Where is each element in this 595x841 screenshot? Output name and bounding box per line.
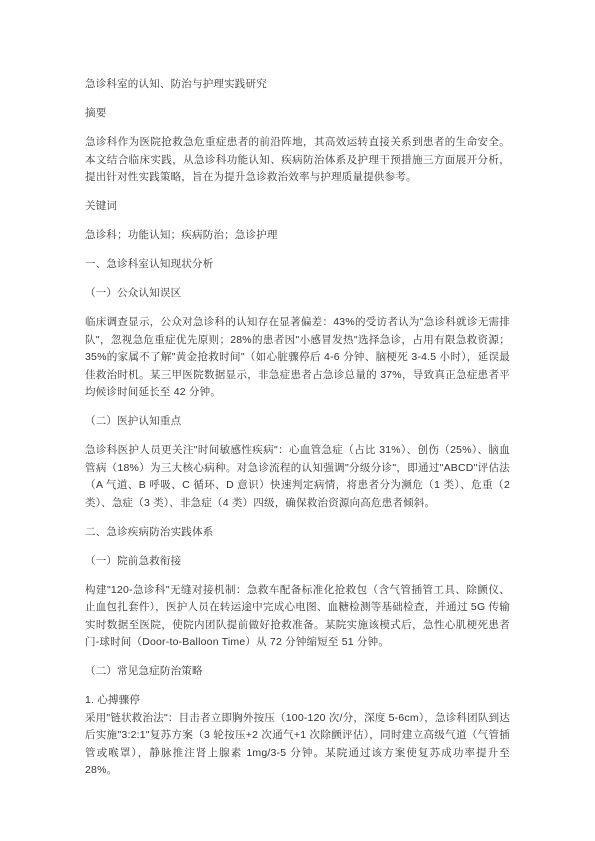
keywords-heading: 关键词: [85, 198, 510, 216]
document-page: 急诊科室的认知、防治与护理实践研究 摘要 急诊科作为医院抢救急危重症患者的前沿阵…: [0, 0, 595, 841]
section-1-2-body: 急诊科医护人员更关注"时间敏感性疾病"：心血管急症（占比 31%）、创伤（25%…: [85, 442, 510, 512]
section-1-1-body: 临床调查显示，公众对急诊科的认知存在显著偏差：43%的受访者认为"急诊科就诊无需…: [85, 314, 510, 402]
numbered-item-title: 1. 心搏骤停: [85, 692, 510, 710]
numbered-item-body: 采用"链状救治法"：目击者立即胸外按压（100-120 次/分，深度 5-6cm…: [85, 710, 510, 780]
section-2-1-heading: （一）院前急救衔接: [85, 553, 510, 571]
section-1-heading: 一、急诊科室认知现状分析: [85, 256, 510, 274]
section-1-2-heading: （二）医护认知重点: [85, 413, 510, 431]
doc-title: 急诊科室的认知、防治与护理实践研究: [85, 76, 510, 94]
section-2-1-body: 构建"120-急诊科"无缝对接机制：急救车配备标准化抢救包（含气管插管工具、除颤…: [85, 582, 510, 652]
abstract-text: 急诊科作为医院抢救急危重症患者的前沿阵地，其高效运转直接关系到患者的生命安全。本…: [85, 134, 510, 187]
section-1-1-heading: （一）公众认知误区: [85, 285, 510, 303]
section-2-heading: 二、急诊疾病防治实践体系: [85, 524, 510, 542]
abstract-heading: 摘要: [85, 105, 510, 123]
keywords-text: 急诊科；功能认知；疾病防治；急诊护理: [85, 227, 510, 245]
section-2-2-heading: （二）常见急症防治策略: [85, 663, 510, 681]
